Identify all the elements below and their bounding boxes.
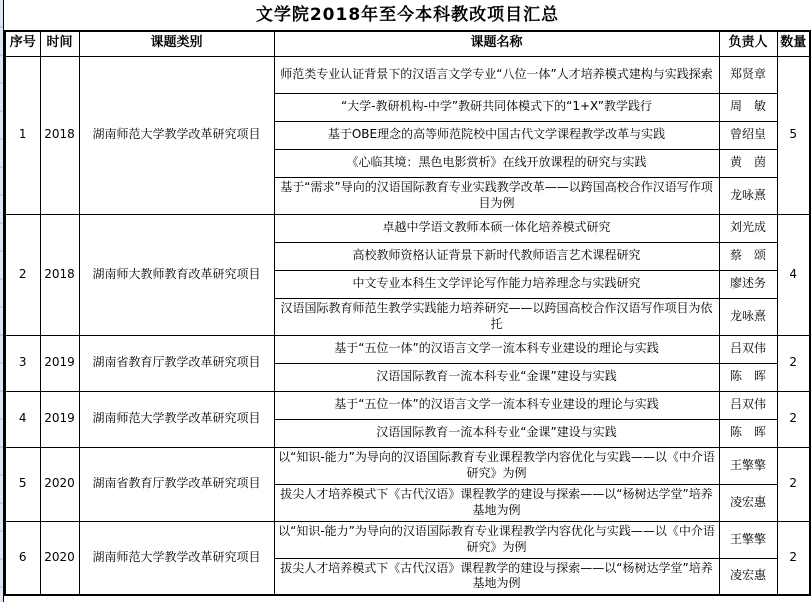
col-header-no: 序号 bbox=[5, 31, 40, 56]
cell-leader: 刘光成 bbox=[719, 214, 777, 242]
cell-leader: 凌宏惠 bbox=[719, 484, 777, 521]
cell-leader: 陈 晖 bbox=[719, 419, 777, 447]
cell-year: 2018 bbox=[40, 214, 79, 335]
cell-project-name: 师范类专业认证背景下的汉语言文学专业“八位一体”人才培养模式建构与实践探索 bbox=[274, 56, 719, 93]
cell-leader: 龙咏熹 bbox=[719, 298, 777, 335]
cell-project-name: 汉语国际教育师范生教学实践能力培养研究——以跨国高校合作汉语写作项目为依托 bbox=[274, 298, 719, 335]
cell-leader: 陈 晖 bbox=[719, 363, 777, 391]
cell-category: 湖南师范大学教学改革研究项目 bbox=[79, 56, 274, 214]
cell-category: 湖南师大教师教育改革研究项目 bbox=[79, 214, 274, 335]
cell-project-name: 拔尖人才培养模式下《古代汉语》课程教学的建设与探索——以“杨树达学堂”培养基地为… bbox=[274, 558, 719, 595]
cell-year: 2020 bbox=[40, 521, 79, 595]
table-row: 1 2018 湖南师范大学教学改革研究项目 师范类专业认证背景下的汉语言文学专业… bbox=[5, 56, 810, 93]
table-row: 3 2019 湖南省教育厅教学改革研究项目 基于“五位一体”的汉语言文学一流本科… bbox=[5, 335, 810, 363]
cell-project-name: 以“知识-能力”为导向的汉语国际教育专业课程教学内容优化与实践——以《中介语研究… bbox=[274, 447, 719, 484]
cell-year: 2018 bbox=[40, 56, 79, 214]
cell-category: 湖南师范大学教学改革研究项目 bbox=[79, 391, 274, 447]
cell-count: 4 bbox=[777, 214, 810, 335]
cell-project-name: 基于OBE理念的高等师范院校中国古代文学课程教学改革与实践 bbox=[274, 121, 719, 149]
cell-project-name: 《心临其境：黑色电影赏析》在线开放课程的研究与实践 bbox=[274, 149, 719, 177]
table-row: 4 2019 湖南师范大学教学改革研究项目 基于“五位一体”的汉语言文学一流本科… bbox=[5, 391, 810, 419]
col-header-count: 数量 bbox=[777, 31, 810, 56]
cell-project-name: 中文专业本科生文学评论写作能力培养理念与实践研究 bbox=[274, 270, 719, 298]
cell-year: 2019 bbox=[40, 335, 79, 391]
cell-category: 湖南省教育厅教学改革研究项目 bbox=[79, 335, 274, 391]
projects-table: 序号 时间 课题类别 课题名称 负责人 数量 1 2018 湖南师范大学教学改革… bbox=[4, 30, 811, 596]
cell-project-name: 基于“五位一体”的汉语言文学一流本科专业建设的理论与实践 bbox=[274, 391, 719, 419]
col-header-project-name: 课题名称 bbox=[274, 31, 719, 56]
cell-leader: 曾绍皇 bbox=[719, 121, 777, 149]
col-header-leader: 负责人 bbox=[719, 31, 777, 56]
cell-project-name: 卓越中学语文教师本硕一体化培养模式研究 bbox=[274, 214, 719, 242]
cell-leader: 凌宏惠 bbox=[719, 558, 777, 595]
cell-project-name: 汉语国际教育一流本科专业“金课”建设与实践 bbox=[274, 419, 719, 447]
cell-leader: 廖述务 bbox=[719, 270, 777, 298]
cell-leader: 黄 茵 bbox=[719, 149, 777, 177]
cell-leader: 郑贤章 bbox=[719, 56, 777, 93]
cell-count: 2 bbox=[777, 335, 810, 391]
header-row: 序号 时间 课题类别 课题名称 负责人 数量 bbox=[5, 31, 810, 56]
col-header-category: 课题类别 bbox=[79, 31, 274, 56]
cell-leader: 王擎擎 bbox=[719, 447, 777, 484]
cell-leader: 吕双伟 bbox=[719, 391, 777, 419]
cell-serial-no: 1 bbox=[5, 56, 40, 214]
table-row: 5 2020 湖南省教育厅教学改革研究项目 以“知识-能力”为导向的汉语国际教育… bbox=[5, 447, 810, 484]
cell-serial-no: 6 bbox=[5, 521, 40, 595]
cell-leader: 蔡 颂 bbox=[719, 242, 777, 270]
cell-project-name: 基于“五位一体”的汉语言文学一流本科专业建设的理论与实践 bbox=[274, 335, 719, 363]
cell-serial-no: 4 bbox=[5, 391, 40, 447]
cell-count: 2 bbox=[777, 447, 810, 521]
cell-category: 湖南师范大学教学改革研究项目 bbox=[79, 521, 274, 595]
cell-leader: 吕双伟 bbox=[719, 335, 777, 363]
cell-count: 5 bbox=[777, 56, 810, 214]
cell-count: 2 bbox=[777, 521, 810, 595]
cell-project-name: 汉语国际教育一流本科专业“金课”建设与实践 bbox=[274, 363, 719, 391]
table-area: 文学院2018年至今本科教改项目汇总 序号 时间 课题类别 课题名称 负责人 数… bbox=[3, 0, 811, 602]
cell-year: 2019 bbox=[40, 391, 79, 447]
cell-project-name: 以“知识-能力”为导向的汉语国际教育专业课程教学内容优化与实践——以《中介语研究… bbox=[274, 521, 719, 558]
table-row: 2 2018 湖南师大教师教育改革研究项目 卓越中学语文教师本硕一体化培养模式研… bbox=[5, 214, 810, 242]
cell-project-name: 基于“需求”导向的汉语国际教育专业实践教学改革——以跨国高校合作汉语写作项目为例 bbox=[274, 177, 719, 214]
cell-project-name: 拔尖人才培养模式下《古代汉语》课程教学的建设与探索——以“杨树达学堂”培养基地为… bbox=[274, 484, 719, 521]
cell-leader: 王擎擎 bbox=[719, 521, 777, 558]
cell-year: 2020 bbox=[40, 447, 79, 521]
cell-serial-no: 2 bbox=[5, 214, 40, 335]
cell-serial-no: 3 bbox=[5, 335, 40, 391]
cell-leader: 周 敏 bbox=[719, 93, 777, 121]
cell-category: 湖南省教育厅教学改革研究项目 bbox=[79, 447, 274, 521]
cell-serial-no: 5 bbox=[5, 447, 40, 521]
cell-count: 2 bbox=[777, 391, 810, 447]
table-row: 6 2020 湖南师范大学教学改革研究项目 以“知识-能力”为导向的汉语国际教育… bbox=[5, 521, 810, 558]
col-header-year: 时间 bbox=[40, 31, 79, 56]
cell-project-name: 高校教师资格认证背景下新时代教师语言艺术课程研究 bbox=[274, 242, 719, 270]
cell-project-name: “大学-教研机构-中学”教研共同体模式下的“1+X”教学践行 bbox=[274, 93, 719, 121]
spreadsheet-view: 文学院2018年至今本科教改项目汇总 序号 时间 课题类别 课题名称 负责人 数… bbox=[0, 0, 811, 602]
cell-leader: 龙咏熹 bbox=[719, 177, 777, 214]
page-title: 文学院2018年至今本科教改项目汇总 bbox=[4, 0, 811, 30]
